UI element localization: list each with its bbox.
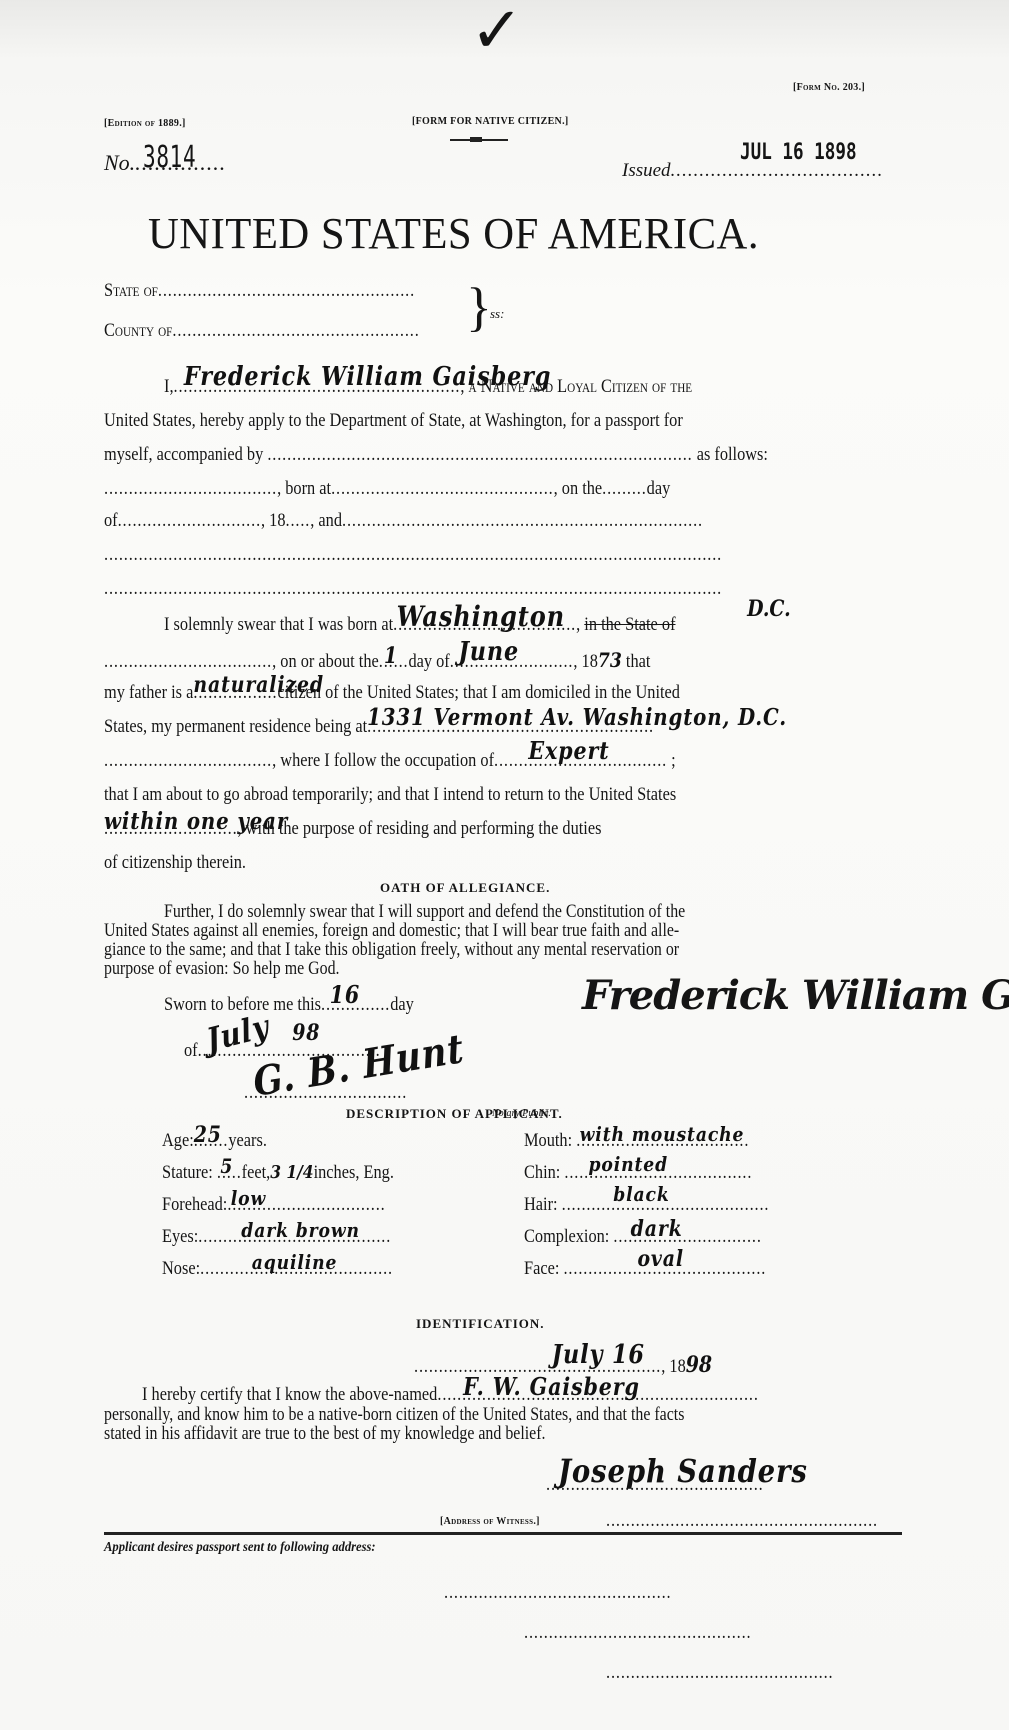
named-value: F. W. Gaisberg — [463, 1372, 640, 1401]
ss-label: ss: — [490, 306, 504, 322]
applicant-line: I,......................................… — [164, 376, 692, 398]
certify-line: I hereby certify that I know the above-n… — [142, 1384, 759, 1406]
identification-date-value: July 16 — [552, 1340, 645, 1370]
stature-inches-value: 3 1/4 — [270, 1162, 313, 1183]
oath-line-2: United States against all enemies, forei… — [104, 921, 679, 942]
occupation-line: .................................., wher… — [104, 750, 676, 772]
born-at-value: Washington — [397, 600, 565, 633]
applicant-name: Frederick William Gaisberg — [184, 362, 551, 392]
occupation-value: Expert — [528, 736, 609, 765]
checkmark-icon: ✓ — [470, 0, 524, 68]
number-value: 3814 — [143, 140, 196, 175]
certify-line-2: personally, and know him to be a native-… — [104, 1405, 684, 1426]
nose-value: aquiline — [252, 1250, 338, 1274]
birth-date-line: .................................., on o… — [104, 648, 650, 673]
form-type-label: [FORM FOR NATIVE CITIZEN.] — [412, 116, 569, 127]
issued-label: Issued — [622, 160, 671, 181]
notary-line: .................................G. B. H… — [244, 1082, 407, 1104]
face-field: Face: ..................................… — [524, 1258, 766, 1280]
nose-field: Nose:...................................… — [162, 1258, 393, 1280]
eyes-field: Eyes:...................................… — [162, 1226, 391, 1248]
chin-field: Chin: ..................................… — [524, 1162, 752, 1184]
mouth-field: Mouth: .................................… — [524, 1130, 749, 1152]
identification-heading: IDENTIFICATION. — [416, 1316, 545, 1332]
witness-line: ........................................… — [546, 1474, 764, 1496]
passport-application-page: ✓ [Form No. 203.] [Edition of 1889.] [FO… — [0, 0, 1009, 1730]
oath-line-4: purpose of evasion: So help me God. — [104, 959, 340, 980]
application-line-2: United States, hereby apply to the Depar… — [104, 410, 683, 432]
sworn-year-value: 98 — [292, 1020, 320, 1046]
identification-year-value: 98 — [686, 1352, 712, 1378]
hair-field: Hair: ..................................… — [524, 1194, 769, 1216]
blank-line-1: ........................................… — [104, 544, 722, 566]
born-at-line: I solemnly swear that I was born at.....… — [164, 614, 676, 636]
description-heading: DESCRIPTION OF APPLICANT. — [346, 1106, 563, 1122]
sworn-date-line: Sworn to before me this..............16d… — [164, 994, 414, 1016]
section-divider — [104, 1532, 902, 1535]
age-field: Age:.......25years. — [162, 1130, 267, 1152]
forehead-field: Forehead:...............................… — [162, 1194, 386, 1216]
send-address-line-3: ........................................… — [606, 1662, 833, 1684]
form-number: [Form No. 203.] — [793, 82, 865, 93]
face-value: oval — [637, 1246, 684, 1272]
return-line: ...........................within one ye… — [104, 818, 601, 840]
mouth-value: with moustache — [580, 1122, 745, 1146]
hair-value: black — [613, 1182, 669, 1206]
of-line: of............................., 18.....… — [104, 510, 703, 532]
residence-line: States, my permanent residence being at.… — [104, 716, 654, 738]
document-title: UNITED STATES OF AMERICA. — [148, 208, 759, 259]
issued-field: Issued..................................… — [622, 160, 883, 182]
number-field: No...............3814 — [104, 150, 226, 176]
oath-line-3: giance to the same; and that I take this… — [104, 940, 679, 961]
certify-line-3: stated in his affidavit are true to the … — [104, 1424, 546, 1445]
send-address-label: Applicant desires passport sent to follo… — [104, 1540, 376, 1556]
stature-field: Stature: .....5feet,3 1/4inches, Eng. — [162, 1162, 394, 1184]
accompanied-line: myself, accompanied by .................… — [104, 444, 768, 466]
stature-feet-value: 5 — [220, 1154, 233, 1178]
sworn-day-value: 16 — [330, 980, 360, 1009]
state-value: D.C. — [747, 596, 791, 622]
oath-line-1: Further, I do solemnly swear that I will… — [164, 902, 685, 923]
county-of-field: County of...............................… — [104, 320, 420, 342]
born-line: ..................................., bor… — [104, 478, 670, 500]
chin-value: pointed — [588, 1152, 667, 1176]
birth-day-value: 1 — [384, 643, 398, 669]
age-value: 25 — [194, 1122, 222, 1148]
father-status-value: naturalized — [193, 672, 324, 698]
number-label: No. — [104, 150, 135, 175]
witness-address-line: ........................................… — [606, 1510, 878, 1532]
forehead-value: low — [231, 1186, 266, 1210]
brace: } — [466, 276, 492, 338]
residence-value: 1331 Vermont Av. Washington, D.C. — [367, 704, 787, 731]
complexion-field: Complexion: ............................… — [524, 1226, 762, 1248]
state-struck: in the State of — [584, 614, 675, 635]
abroad-line: that I am about to go abroad temporarily… — [104, 784, 676, 806]
oath-heading: OATH OF ALLEGIANCE. — [380, 880, 550, 896]
eyes-value: dark brown — [241, 1218, 360, 1242]
address-of-witness-label: [Address of Witness.] — [440, 1516, 540, 1527]
birth-year-value: 73 — [598, 648, 622, 672]
witness-signature: Joseph Sanders — [558, 1452, 808, 1490]
edition-label: [Edition of 1889.] — [104, 118, 186, 129]
birth-month-value: June — [458, 637, 519, 667]
state-of-field: State of................................… — [104, 280, 415, 302]
ornament-divider-center — [470, 137, 482, 142]
blank-line-2: ........................................… — [104, 578, 722, 600]
send-address-line-2: ........................................… — [524, 1622, 751, 1644]
applicant-signature: Frederick William Gaisberg — [582, 972, 1009, 1019]
complexion-value: dark — [631, 1216, 683, 1242]
citizenship-line: of citizenship therein. — [104, 852, 246, 874]
send-address-line-1: ........................................… — [444, 1582, 671, 1604]
notary-signature: G. B. Hunt — [251, 1025, 467, 1106]
father-line: my father is a.................naturaliz… — [104, 682, 680, 704]
return-value: within one year — [104, 808, 288, 835]
